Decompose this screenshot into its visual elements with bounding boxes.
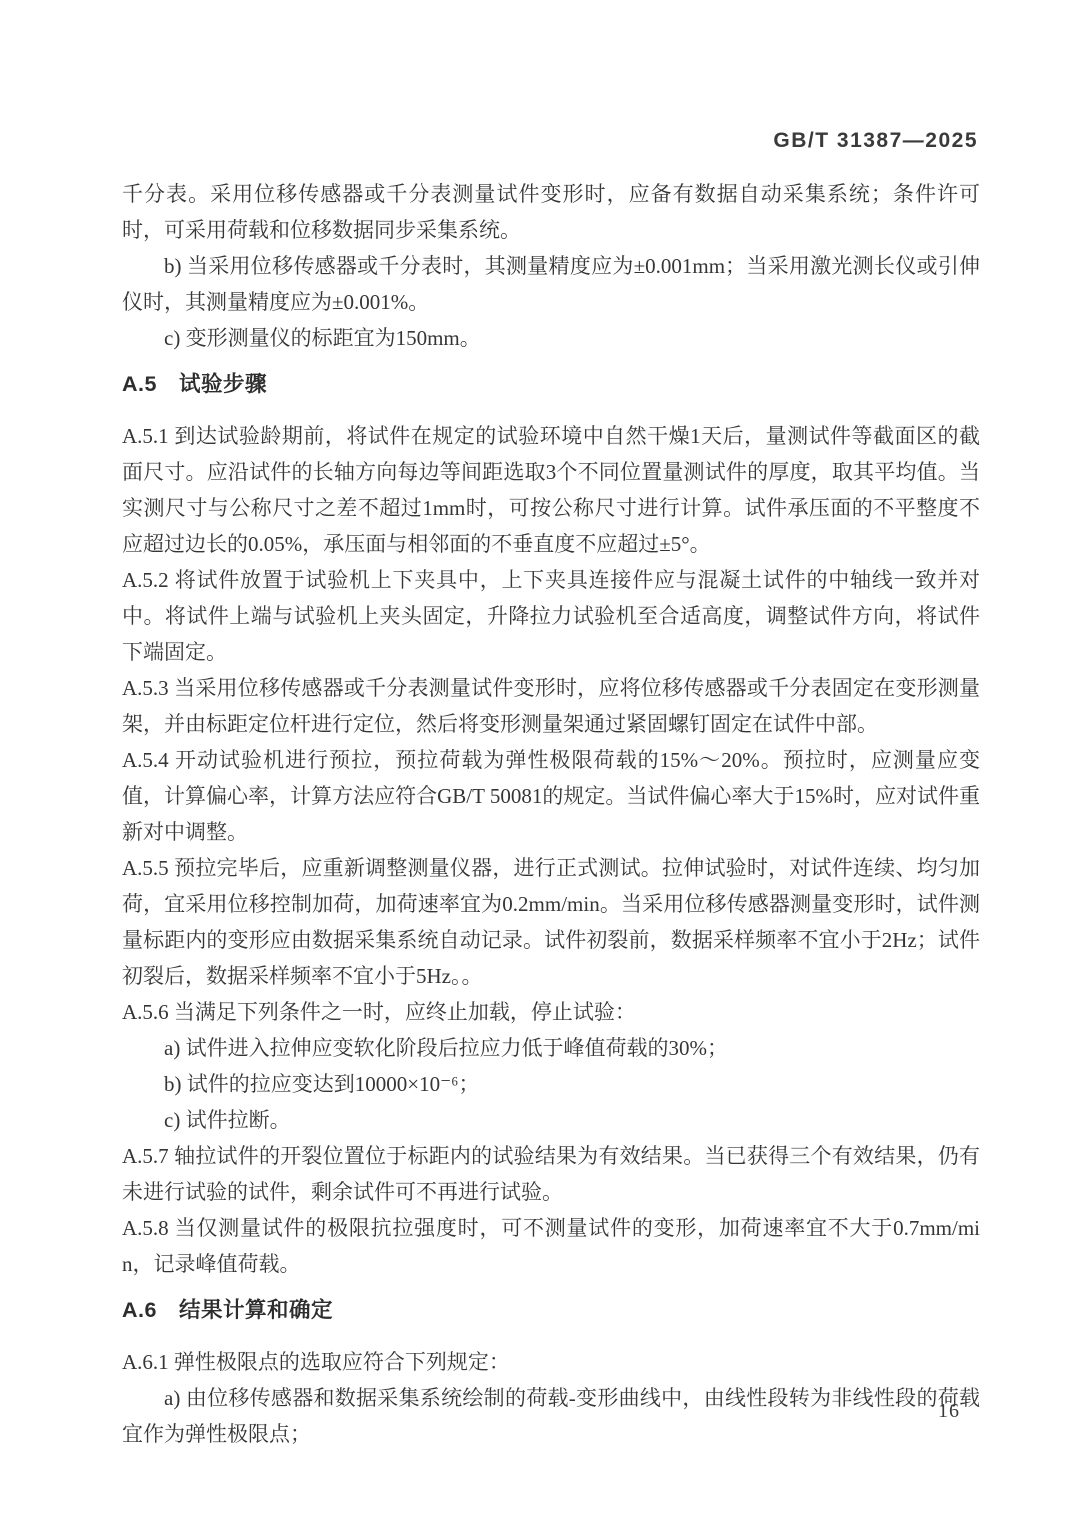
clause-a5-5: A.5.5 预拉完毕后，应重新调整测量仪器，进行正式测试。拉伸试验时，对试件连续… (122, 850, 980, 994)
list-item-b-stop-condition: b) 试件的拉应变达到10000×10⁻⁶； (122, 1066, 980, 1102)
clause-a5-8: A.5.8 当仅测量试件的极限抗拉强度时，可不测量试件的变形，加荷速率宜不大于0… (122, 1210, 980, 1282)
clause-a5-4: A.5.4 开动试验机进行预拉，预拉荷载为弹性极限荷载的15%～20%。预拉时，… (122, 742, 980, 850)
list-item-c-stop-condition: c) 试件拉断。 (122, 1102, 980, 1138)
list-item-a-elastic-limit: a) 由位移传感器和数据采集系统绘制的荷载-变形曲线中，由线性段转为非线性段的荷… (122, 1380, 980, 1452)
clause-a5-3: A.5.3 当采用位移传感器或千分表测量试件变形时，应将位移传感器或千分表固定在… (122, 670, 980, 742)
clause-a5-2: A.5.2 将试件放置于试验机上下夹具中，上下夹具连接件应与混凝土试件的中轴线一… (122, 562, 980, 670)
document-page: GB/T 31387—2025 千分表。采用位移传感器或千分表测量试件变形时，应… (0, 0, 1080, 1527)
section-heading-a5: A.5 试验步骤 (122, 366, 980, 402)
list-item-a-stop-condition: a) 试件进入拉伸应变软化阶段后拉应力低于峰值荷载的30%； (122, 1030, 980, 1066)
page-number: 16 (938, 1397, 960, 1425)
section-heading-a6: A.6 结果计算和确定 (122, 1292, 980, 1328)
para-continuation-dial-gauge: 千分表。采用位移传感器或千分表测量试件变形时，应备有数据自动采集系统；条件许可时… (122, 176, 980, 248)
list-item-b-measurement-accuracy: b) 当采用位移传感器或千分表时，其测量精度应为±0.001mm；当采用激光测长… (122, 248, 980, 320)
clause-a5-6: A.5.6 当满足下列条件之一时，应终止加载，停止试验： (122, 994, 980, 1030)
document-content: 千分表。采用位移传感器或千分表测量试件变形时，应备有数据自动采集系统；条件许可时… (122, 176, 980, 1452)
clause-a6-1: A.6.1 弹性极限点的选取应符合下列规定： (122, 1344, 980, 1380)
clause-a5-7: A.5.7 轴拉试件的开裂位置位于标距内的试验结果为有效结果。当已获得三个有效结… (122, 1138, 980, 1210)
list-item-c-gauge-length: c) 变形测量仪的标距宜为150mm。 (122, 320, 980, 356)
standard-number-header: GB/T 31387—2025 (773, 129, 978, 153)
clause-a5-1: A.5.1 到达试验龄期前，将试件在规定的试验环境中自然干燥1天后，量测试件等截… (122, 418, 980, 562)
